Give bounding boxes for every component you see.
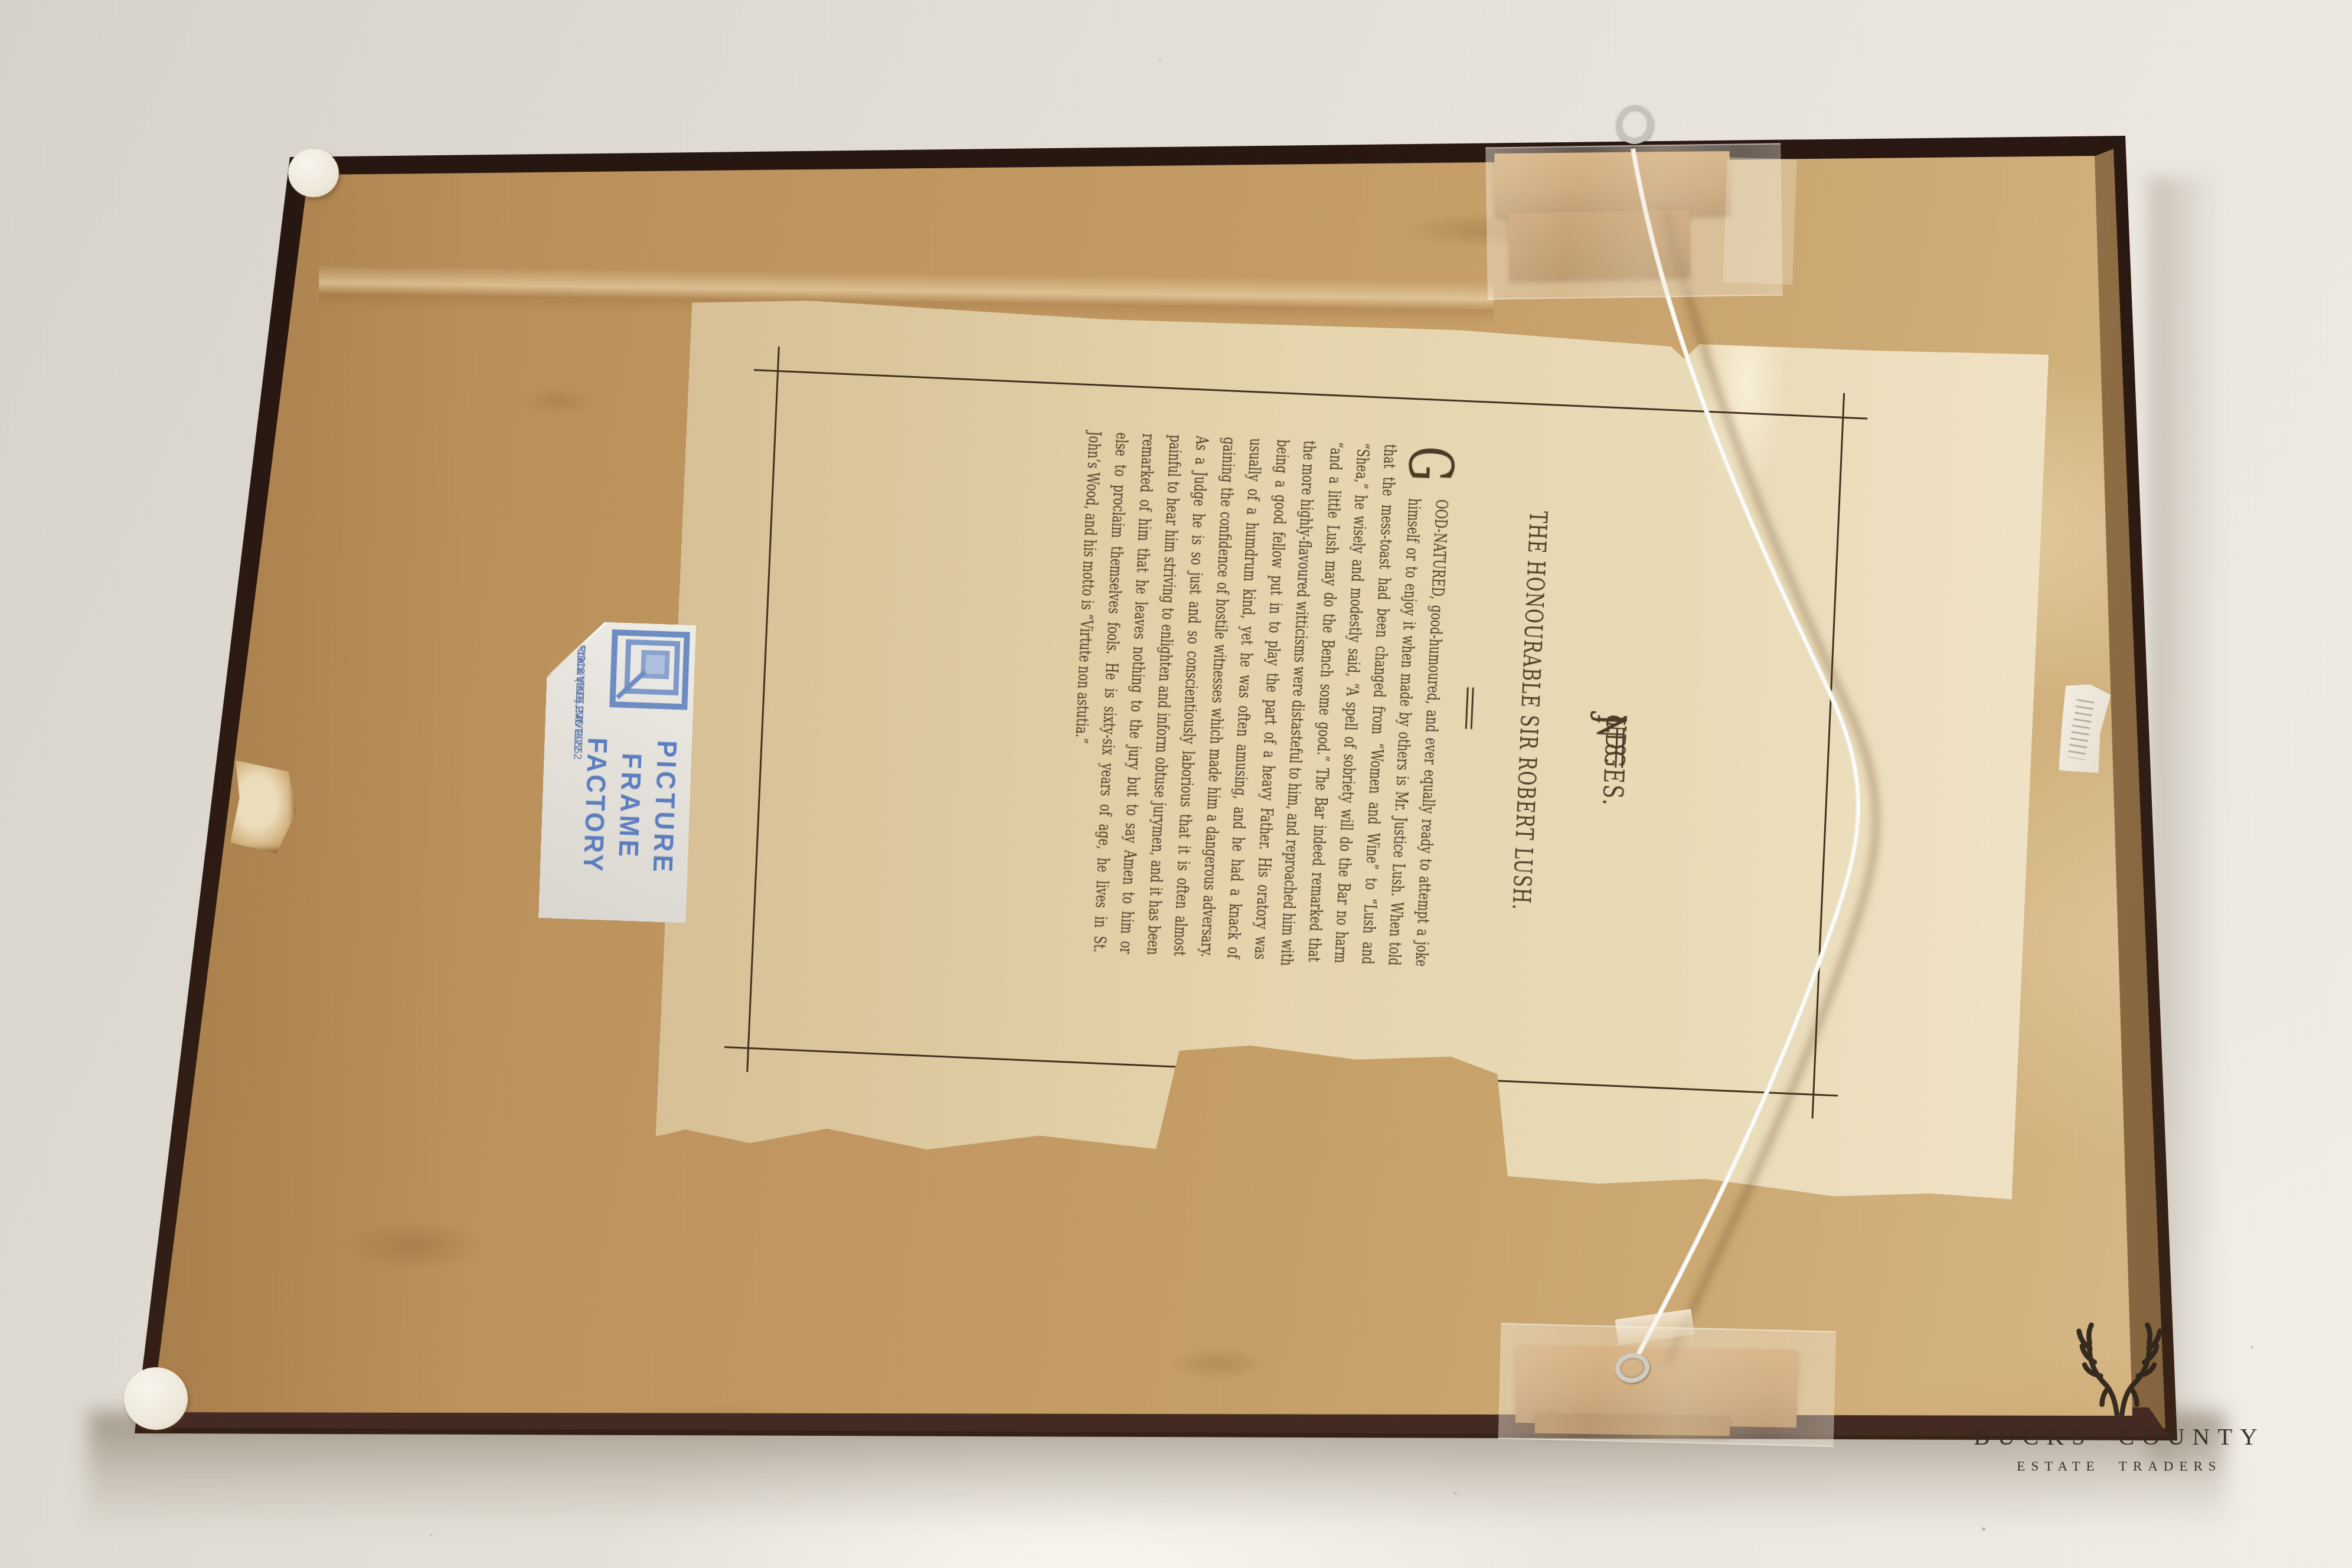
felt-bumper-pad-top-left xyxy=(288,149,339,197)
hanging-wire xyxy=(1633,149,1858,1358)
watermark-subtitle: ESTATE TRADERS xyxy=(1954,1459,2285,1474)
hanging-wire-highlight xyxy=(1633,149,1858,1358)
clear-tape-top-tail xyxy=(1723,157,1796,285)
antlers-icon xyxy=(2056,1322,2183,1416)
dealer-watermark: BUCKS COUNTY ESTATE TRADERS xyxy=(1954,1322,2285,1474)
clear-tape-bottom xyxy=(1498,1323,1837,1447)
watermark-title: BUCKS COUNTY xyxy=(1954,1422,2285,1451)
felt-bumper-pad-bottom-left xyxy=(124,1367,188,1430)
photo-stage: JUDGES.No. 8. THE HONOURABLE SIR ROBERT … xyxy=(0,0,2352,1568)
